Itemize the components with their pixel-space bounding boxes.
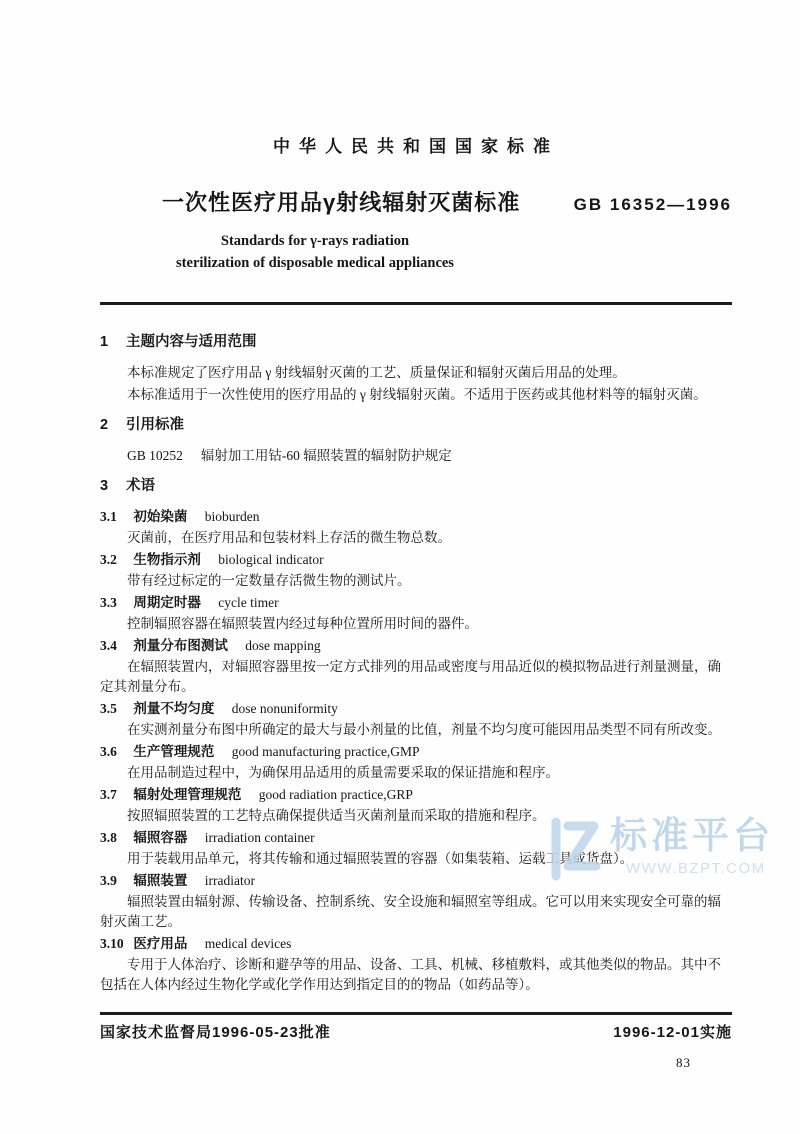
term-name-en: biological indicator <box>218 552 323 567</box>
term-name-en: dose nonuniformity <box>232 701 338 716</box>
term-head: 3.10 医疗用品 medical devices <box>100 934 734 954</box>
section-3-title: 术语 <box>126 478 155 494</box>
term-entry: 3.2 生物指示剂 biological indicator 带有经过标定的一定… <box>100 550 734 591</box>
term-entry: 3.1 初始染菌 bioburden 灭菌前，在医疗用品和包装材料上存活的微生物… <box>100 507 734 548</box>
term-head: 3.7 辐射处理管理规范 good radiation practice,GRP <box>100 785 734 805</box>
term-name-en: dose mapping <box>245 638 320 653</box>
term-name-cn: 医疗用品 <box>133 936 187 951</box>
term-number: 3.5 <box>100 699 130 719</box>
term-name-en: cycle timer <box>218 595 278 610</box>
term-name-cn: 剂量不均匀度 <box>133 701 214 716</box>
term-name-en: irradiation container <box>205 830 315 845</box>
section-1-heading: 1主题内容与适用范围 <box>100 332 734 352</box>
term-entry: 3.5 剂量不均匀度 dose nonuniformity 在实测剂量分布图中所… <box>100 699 734 740</box>
term-definition: 专用于人体治疗、诊断和避孕等的用品、设备、工具、机械、移植敷料，或其他类似的物品… <box>100 955 734 995</box>
section-2-heading: 2引用标准 <box>100 415 734 435</box>
term-entry: 3.4 剂量分布图测试 dose mapping 在辐照装置内，对辐照容器里按一… <box>100 636 734 697</box>
reference-code: GB 10252 <box>127 448 183 463</box>
title-row: 一次性医疗用品γ射线辐射灭菌标准 GB 16352—1996 <box>100 186 732 217</box>
term-name-cn: 初始染菌 <box>133 509 187 524</box>
document-body: 1主题内容与适用范围 本标准规定了医疗用品 γ 射线辐射灭菌的工艺、质量保证和辐… <box>100 322 734 997</box>
section-2-number: 2 <box>100 415 126 435</box>
term-name-en: bioburden <box>205 509 260 524</box>
scope-paragraph-1: 本标准规定了医疗用品 γ 射线辐射灭菌的工艺、质量保证和辐射灭菌后用品的处理。 <box>100 363 734 383</box>
term-definition: 带有经过标定的一定数量存活微生物的测试片。 <box>100 571 734 591</box>
term-name-en: good radiation practice,GRP <box>259 787 413 802</box>
reference-title: 辐射加工用钴-60 辐照装置的辐射防护规定 <box>201 448 452 463</box>
header-divider-rule <box>100 302 732 305</box>
term-head: 3.2 生物指示剂 biological indicator <box>100 550 734 570</box>
term-name-en: good manufacturing practice,GMP <box>232 744 420 759</box>
term-number: 3.4 <box>100 636 130 656</box>
term-head: 3.3 周期定时器 cycle timer <box>100 593 734 613</box>
standard-document-page: 中华人民共和国国家标准 一次性医疗用品γ射线辐射灭菌标准 GB 16352—19… <box>0 0 800 1134</box>
term-number: 3.6 <box>100 742 130 762</box>
term-definition: 在辐照装置内，对辐照容器里按一定方式排列的用品或密度与用品近似的模拟物品进行剂量… <box>100 657 734 697</box>
term-entry: 3.8 辐照容器 irradiation container 用于装载用品单元，… <box>100 828 734 869</box>
section-3-number: 3 <box>100 476 126 496</box>
term-name-en: irradiator <box>205 873 255 888</box>
section-1-number: 1 <box>100 332 126 352</box>
term-entry: 3.9 辐照装置 irradiator 辐照装置由辐射源、传输设备、控制系统、安… <box>100 871 734 932</box>
term-definition: 按照辐照装置的工艺特点确保提供适当灭菌剂量而采取的措施和程序。 <box>100 806 734 826</box>
standard-title-en-line1: Standards for γ-rays radiation <box>100 230 530 252</box>
standard-title-en: Standards for γ-rays radiation steriliza… <box>100 230 530 274</box>
term-definition: 在实测剂量分布图中所确定的最大与最小剂量的比值，剂量不均匀度可能因用品类型不同有… <box>100 720 734 740</box>
standard-title-cn: 一次性医疗用品γ射线辐射灭菌标准 <box>100 186 520 217</box>
term-definition: 在用品制造过程中，为确保用品适用的质量需要采取的保证措施和程序。 <box>100 763 734 783</box>
term-name-cn: 辐照容器 <box>133 830 187 845</box>
term-head: 3.5 剂量不均匀度 dose nonuniformity <box>100 699 734 719</box>
term-head: 3.1 初始染菌 bioburden <box>100 507 734 527</box>
standard-number: GB 16352—1996 <box>574 195 732 215</box>
section-2-title: 引用标准 <box>126 417 184 433</box>
term-head: 3.8 辐照容器 irradiation container <box>100 828 734 848</box>
section-3-heading: 3术语 <box>100 476 734 496</box>
standard-title-en-line2: sterilization of disposable medical appl… <box>100 252 530 274</box>
term-number: 3.10 <box>100 934 130 954</box>
footer-row: 国家技术监督局1996-05-23批准 1996-12-01实施 <box>100 1021 732 1042</box>
term-entry: 3.10 医疗用品 medical devices 专用于人体治疗、诊断和避孕等… <box>100 934 734 995</box>
term-definition: 控制辐照容器在辐照装置内经过每种位置所用时间的器件。 <box>100 614 734 634</box>
reference-entry: GB 10252辐射加工用钴-60 辐照装置的辐射防护规定 <box>100 446 734 466</box>
term-number: 3.1 <box>100 507 130 527</box>
term-entry: 3.7 辐射处理管理规范 good radiation practice,GRP… <box>100 785 734 826</box>
term-name-cn: 剂量分布图测试 <box>133 638 228 653</box>
term-name-en: medical devices <box>205 936 292 951</box>
term-name-cn: 生产管理规范 <box>133 744 214 759</box>
term-definition: 灭菌前，在医疗用品和包装材料上存活的微生物总数。 <box>100 528 734 548</box>
term-number: 3.7 <box>100 785 130 805</box>
term-head: 3.4 剂量分布图测试 dose mapping <box>100 636 734 656</box>
term-number: 3.2 <box>100 550 130 570</box>
term-definition: 用于装载用品单元，将其传输和通过辐照装置的容器（如集装箱、运载工具或货盘）。 <box>100 849 734 869</box>
term-head: 3.6 生产管理规范 good manufacturing practice,G… <box>100 742 734 762</box>
term-number: 3.8 <box>100 828 130 848</box>
term-definition: 辐照装置由辐射源、传输设备、控制系统、安全设施和辐照室等组成。它可以用来实现安全… <box>100 892 734 932</box>
approval-note: 国家技术监督局1996-05-23批准 <box>100 1021 331 1042</box>
national-standard-label: 中华人民共和国国家标准 <box>100 132 732 157</box>
term-name-cn: 辐照装置 <box>133 873 187 888</box>
implementation-note: 1996-12-01实施 <box>613 1021 732 1042</box>
scope-paragraph-2: 本标准适用于一次性使用的医疗用品的 γ 射线辐射灭菌。不适用于医药或其他材料等的… <box>100 385 734 405</box>
term-entry: 3.3 周期定时器 cycle timer 控制辐照容器在辐照装置内经过每种位置… <box>100 593 734 634</box>
term-number: 3.3 <box>100 593 130 613</box>
footer-divider-rule <box>100 1012 732 1015</box>
page-number: 83 <box>676 1055 691 1071</box>
section-1-title: 主题内容与适用范围 <box>126 334 257 350</box>
term-head: 3.9 辐照装置 irradiator <box>100 871 734 891</box>
term-entry: 3.6 生产管理规范 good manufacturing practice,G… <box>100 742 734 783</box>
term-name-cn: 生物指示剂 <box>133 552 201 567</box>
term-number: 3.9 <box>100 871 130 891</box>
term-name-cn: 周期定时器 <box>133 595 201 610</box>
term-name-cn: 辐射处理管理规范 <box>133 787 241 802</box>
